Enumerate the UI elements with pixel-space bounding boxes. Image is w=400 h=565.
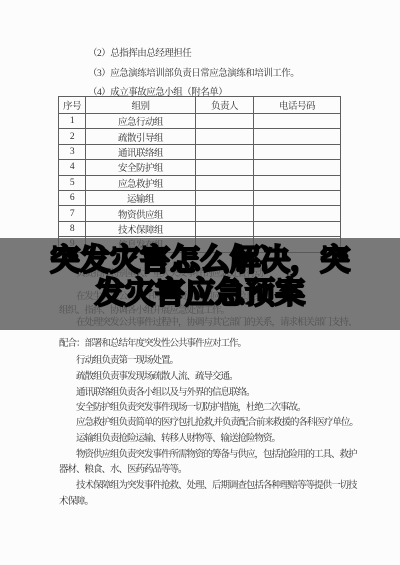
paragraph-line: 疏散组负责事发现场疏散人流、疏导交通。 bbox=[59, 368, 376, 382]
paragraph-line: 通讯联络组负责各小组以及与外界的信息联络。 bbox=[59, 384, 376, 398]
table-row: 5应急救护组 bbox=[59, 175, 341, 190]
table-header-cell: 负责人 bbox=[196, 97, 254, 114]
table-row: 7物资供应组 bbox=[59, 206, 341, 221]
table-row: 8技术保障组 bbox=[59, 221, 341, 236]
paragraph-line: 术保障。 bbox=[59, 493, 359, 507]
intro-line: （2）总指挥由总经理担任 bbox=[88, 45, 388, 59]
table-header-cell: 组别 bbox=[86, 97, 196, 114]
paragraph-line: 器材、粮食、水、医药药品等等。 bbox=[59, 461, 359, 475]
paragraph-line: 运输组负责抢险运输、转移人财物等、输送抢险物资。 bbox=[59, 430, 376, 444]
table-row: 1应急行动组 bbox=[59, 114, 341, 129]
table-row: 2疏散引导组 bbox=[59, 129, 341, 144]
document-page: （2）总指挥由总经理担任 （3）应急演练培训部负责日常应急演练和培训工作。 （4… bbox=[0, 0, 400, 565]
headline-line-1: 突发灾害怎么解决，突 bbox=[0, 244, 400, 277]
paragraph-line: 行动组负责第一现场处置。 bbox=[59, 352, 376, 366]
paragraph-line: 应急救护组负责简单的医疗包扎抢救,并负责配合前来救援的各科医疗单位。 bbox=[59, 414, 376, 428]
table-header-cell: 电话号码 bbox=[254, 97, 341, 114]
paragraph-line: 技术保障组为突发事件抢救、处理、后期调查包括各种理赔等等提供一切技 bbox=[59, 477, 376, 491]
paragraph-line: 配合：部署和总结年度突发性公共事件应对工作。 bbox=[59, 335, 359, 349]
emergency-groups-table: 序号 组别 负责人 电话号码 1应急行动组 2疏散引导组 3通讯联络组 4安全防… bbox=[58, 96, 341, 253]
table-row: 4安全防护组 bbox=[59, 160, 341, 175]
table-header-row: 序号 组别 负责人 电话号码 bbox=[59, 97, 341, 114]
headline-line-2: 发灾害应急预案 bbox=[0, 277, 400, 310]
table-row: 3通讯联络组 bbox=[59, 144, 341, 159]
paragraph-line: 物资供应组负责突发事件所需物资的筹备与供应，包括抢险用的工具、救护 bbox=[59, 446, 376, 460]
headline-title: 突发灾害怎么解决，突 发灾害应急预案 bbox=[0, 244, 400, 310]
table-header-cell: 序号 bbox=[59, 97, 86, 114]
table-row: 6运输组 bbox=[59, 190, 341, 205]
paragraph-line: 安全防护组负责突发事件现场一切防护措施，杜绝二次事故。 bbox=[59, 399, 376, 413]
intro-line: （3）应急演练培训部负责日常应急演练和培训工作。 bbox=[88, 65, 388, 79]
